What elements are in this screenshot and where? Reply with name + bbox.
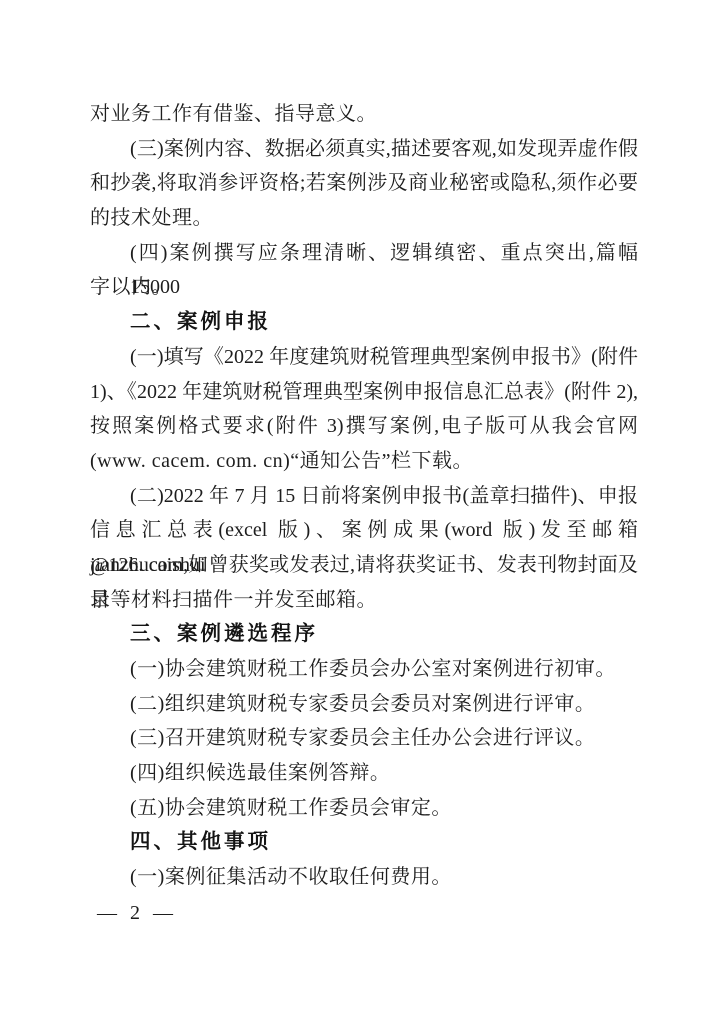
body-line: (四)案例撰写应条理清晰、逻辑缜密、重点突出,篇幅 15000 xyxy=(90,236,638,271)
body-line: 信息汇总表(excel 版)、案例成果(word 版)发至邮箱 jianzhuc… xyxy=(90,513,638,548)
body-line: 录等材料扫描件一并发至邮箱。 xyxy=(90,583,638,618)
page-number: — 2 — xyxy=(97,898,177,928)
body-line: (四)组织候选最佳案例答辩。 xyxy=(90,756,638,791)
body-line: 按照案例格式要求(附件 3)撰写案例,电子版可从我会官网 xyxy=(90,409,638,444)
body-line: (五)协会建筑财税工作委员会审定。 xyxy=(90,791,638,826)
body-line: @126. com,如曾获奖或发表过,请将获奖证书、发表刊物封面及目 xyxy=(90,548,638,583)
body-line: 和抄袭,将取消参评资格;若案例涉及商业秘密或隐私,须作必要 xyxy=(90,166,638,201)
scanned-document-page: 对业务工作有借鉴、指导意义。(三)案例内容、数据必须真实,描述要客观,如发现弄虚… xyxy=(0,0,723,1024)
body-line: 对业务工作有借鉴、指导意义。 xyxy=(90,97,638,132)
body-line: (二)2022 年 7 月 15 日前将案例申报书(盖章扫描件)、申报 xyxy=(90,479,638,514)
body-line: (一)填写《2022 年度建筑财税管理典型案例申报书》(附件 xyxy=(90,340,638,375)
body-line: (二)组织建筑财税专家委员会委员对案例进行评审。 xyxy=(90,687,638,722)
body-line: (一)案例征集活动不收取任何费用。 xyxy=(90,860,638,895)
body-line: (一)协会建筑财税工作委员会办公室对案例进行初审。 xyxy=(90,652,638,687)
body-line: 的技术处理。 xyxy=(90,201,638,236)
document-content: 对业务工作有借鉴、指导意义。(三)案例内容、数据必须真实,描述要客观,如发现弄虚… xyxy=(90,97,638,895)
body-line: (三)案例内容、数据必须真实,描述要客观,如发现弄虚作假 xyxy=(90,132,638,167)
section-heading: 四、其他事项 xyxy=(90,825,638,860)
body-line: 1)、《2022 年建筑财税管理典型案例申报信息汇总表》(附件 2), xyxy=(90,375,638,410)
section-heading: 三、案例遴选程序 xyxy=(90,617,638,652)
section-heading: 二、案例申报 xyxy=(90,305,638,340)
body-line: (三)召开建筑财税专家委员会主任办公会进行评议。 xyxy=(90,721,638,756)
body-line: (www. cacem. com. cn)“通知公告”栏下载。 xyxy=(90,444,638,479)
